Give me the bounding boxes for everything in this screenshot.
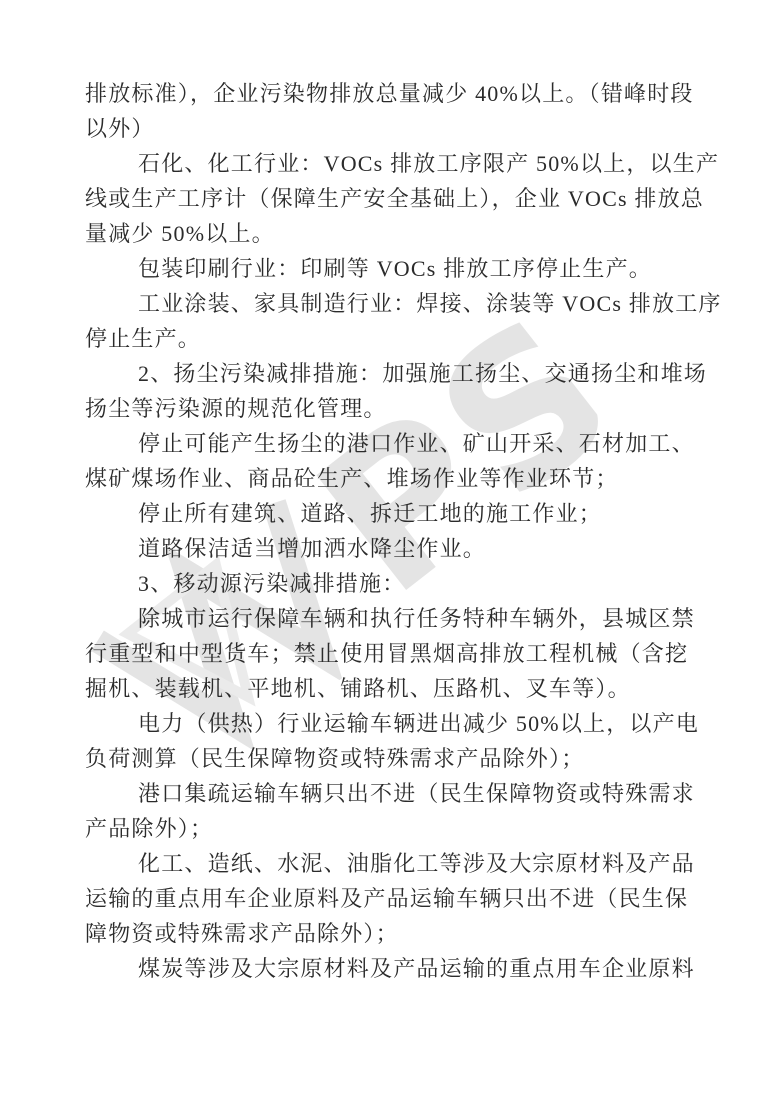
text-line: 工业涂装、家具制造行业：焊接、涂装等 VOCs 排放工序 [85,286,693,321]
text-line: 掘机、装载机、平地机、铺路机、压路机、叉车等）。 [85,671,693,706]
text-line: 3、移动源污染减排措施： [85,566,693,601]
text-line: 以外） [85,111,693,146]
text-line: 除城市运行保障车辆和执行任务特种车辆外，县城区禁 [85,601,693,636]
text-line: 排放标准），企业污染物排放总量减少 40%以上。（错峰时段 [85,76,693,111]
document-text: 排放标准），企业污染物排放总量减少 40%以上。（错峰时段以外）石化、化工行业：… [85,76,693,986]
text-line: 停止生产。 [85,321,693,356]
text-line: 电力（供热）行业运输车辆进出减少 50%以上，以产电 [85,706,693,741]
text-line: 包装印刷行业：印刷等 VOCs 排放工序停止生产。 [85,251,693,286]
document-page: PS 排放标准），企业污染物排放总量减少 40%以上。（错峰时段以外）石化、化工… [0,0,770,1099]
text-line: 负荷测算（民生保障物资或特殊需求产品除外）； [85,741,693,776]
text-line: 2、扬尘污染减排措施：加强施工扬尘、交通扬尘和堆场 [85,356,693,391]
text-line: 煤炭等涉及大宗原材料及产品运输的重点用车企业原料 [85,951,693,986]
text-line: 停止可能产生扬尘的港口作业、矿山开采、石材加工、 [85,426,693,461]
text-line: 量减少 50%以上。 [85,216,693,251]
text-line: 障物资或特殊需求产品除外）； [85,916,693,951]
text-line: 停止所有建筑、道路、拆迁工地的施工作业； [85,496,693,531]
text-line: 化工、造纸、水泥、油脂化工等涉及大宗原材料及产品 [85,846,693,881]
text-line: 产品除外）； [85,811,693,846]
text-line: 线或生产工序计（保障生产安全基础上），企业 VOCs 排放总 [85,181,693,216]
text-line: 行重型和中型货车；禁止使用冒黑烟高排放工程机械（含挖 [85,636,693,671]
text-line: 石化、化工行业：VOCs 排放工序限产 50%以上，以生产 [85,146,693,181]
text-line: 煤矿煤场作业、商品砼生产、堆场作业等作业环节； [85,461,693,496]
text-line: 道路保洁适当增加洒水降尘作业。 [85,531,693,566]
text-line: 港口集疏运输车辆只出不进（民生保障物资或特殊需求 [85,776,693,811]
text-line: 扬尘等污染源的规范化管理。 [85,391,693,426]
text-line: 运输的重点用车企业原料及产品运输车辆只出不进（民生保 [85,881,693,916]
